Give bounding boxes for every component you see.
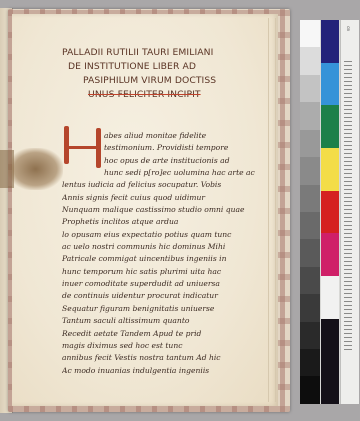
title-line: De institutione liber ad	[62, 60, 272, 74]
text-line: abes aliud monitae fidelite	[62, 130, 274, 142]
ruler-label: cm	[346, 26, 351, 31]
water-stain	[8, 148, 63, 190]
text-line: Prophetis inclitos atque ardua	[62, 216, 274, 228]
text-line: Annis signis fecit cuius quod uidimur	[62, 192, 274, 204]
black-patch	[321, 319, 339, 362]
photograph-scene: Palladii Rutilii Tauri Emiliani De insti…	[0, 0, 360, 421]
white-patch	[321, 276, 339, 319]
title-line: Palladii Rutilii Tauri Emiliani	[62, 46, 272, 60]
measurement-ruler: cm	[340, 20, 359, 404]
rubricated-title: Palladii Rutilii Tauri Emiliani De insti…	[62, 46, 272, 102]
ruler-ticks	[344, 60, 352, 350]
grey-patch	[300, 267, 320, 294]
text-line: Tantum saculi altissimum quanto	[62, 315, 274, 327]
grey-patch	[300, 20, 320, 47]
grey-scale-strip	[300, 20, 320, 404]
grey-patch	[300, 130, 320, 157]
green-patch	[321, 105, 339, 148]
grey-patch	[300, 294, 320, 321]
text-line: hoc opus de arte institucionis ad	[62, 155, 274, 167]
grey-patch	[300, 376, 320, 403]
grey-patch	[300, 239, 320, 266]
grey-patch	[300, 75, 320, 102]
text-line: Nunquam malique castissimo studio omni q…	[62, 204, 274, 216]
grey-patch	[300, 102, 320, 129]
manuscript-text: abes aliud monitae fidelite testimonium.…	[62, 130, 274, 377]
text-line: Ac modo inuanias indulgentia ingeniis	[62, 365, 274, 377]
text-line: testimonium. Providisti tempore	[62, 142, 274, 154]
grey-patch	[300, 212, 320, 239]
text-line: Sequatur figuram benignitatis uniuerse	[62, 303, 274, 315]
text-line: hunc temporum hic satis plurimi uita hac	[62, 266, 274, 278]
yellow-patch	[321, 148, 339, 191]
text-line: lentus iudicia ad felicius socupatur. Vo…	[62, 179, 274, 191]
black-patch	[321, 361, 339, 404]
title-line: pasiphilum virum doctiss	[62, 74, 272, 88]
grey-patch	[300, 322, 320, 349]
grey-patch	[300, 349, 320, 376]
magenta-patch	[321, 233, 339, 276]
text-line: hunc sedi p[ro]ec uolumina hac arte ac	[62, 167, 274, 179]
title-line: unus feliciter incipit	[62, 88, 272, 102]
blue-patch	[321, 20, 339, 63]
text-line: ac uelo nostri communis hic dominus Mihi	[62, 241, 274, 253]
text-line: annibus fecit Vestis nostra tantum Ad hi…	[62, 352, 274, 364]
text-line: de continuis uidentur procurat indicatur	[62, 290, 274, 302]
text-line: Recedit aetate Tandem Apud te prid	[62, 328, 274, 340]
text-line: inuer comoditate superdudit ad uniuersa	[62, 278, 274, 290]
grey-patch	[300, 157, 320, 184]
text-line: Patricale commigat uincentibus ingeniis …	[62, 253, 274, 265]
text-line: lo opusam eius expectatio potius quam tu…	[62, 229, 274, 241]
red-patch	[321, 191, 339, 234]
color-patch-strip	[321, 20, 339, 404]
grey-patch	[300, 47, 320, 74]
text-line: magis diximus sed hoc est tunc	[62, 340, 274, 352]
cyan-patch	[321, 63, 339, 106]
grey-patch	[300, 185, 320, 212]
color-calibration-target: cm	[300, 20, 358, 404]
